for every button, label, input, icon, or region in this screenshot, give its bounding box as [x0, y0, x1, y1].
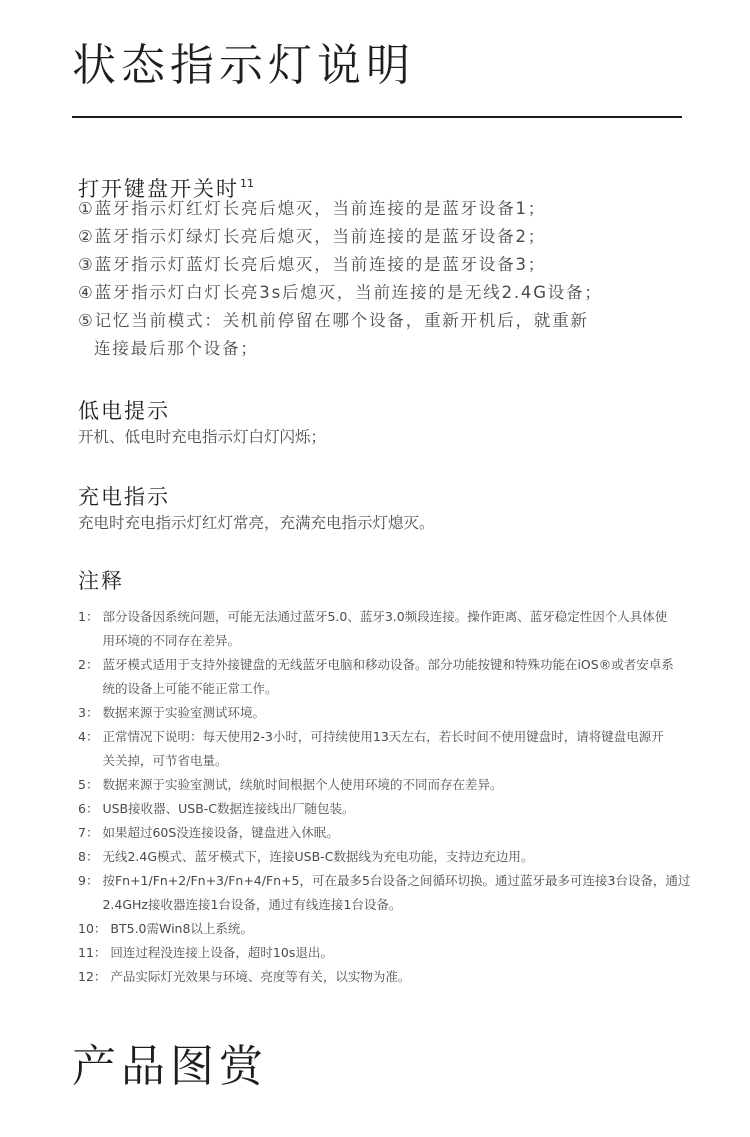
note-number: 1： [78, 605, 98, 653]
charging-heading: 充电指示 [78, 483, 170, 511]
note-line: 如果超过60S没连接设备，键盘进入休眠。 [102, 821, 698, 845]
notes-list: 1： 部分设备因系统问题，可能无法通过蓝牙5.0、蓝牙3.0频段连接。操作距离、… [78, 605, 698, 989]
note-text: 回连过程没连接上设备，超时10s退出。 [106, 941, 698, 965]
low-battery-text: 开机、低电时充电指示灯白灯闪烁； [78, 425, 326, 449]
footnote-ref: 11 [240, 177, 254, 190]
note-item: 3： 数据来源于实验室测试环境。 [78, 701, 698, 725]
note-item: 5： 数据来源于实验室测试，续航时间根据个人使用环境的不同而存在差异。 [78, 773, 698, 797]
note-line: 无线2.4G模式、蓝牙模式下，连接USB-C数据线为充电功能，支持边充边用。 [102, 845, 698, 869]
power-on-line-2: ②蓝牙指示灯绿灯长亮后熄灭，当前连接的是蓝牙设备2； [78, 223, 678, 251]
note-text: 产品实际灯光效果与环境、亮度等有关，以实物为准。 [106, 965, 698, 989]
note-number: 3： [78, 701, 98, 725]
power-on-line-3: ③蓝牙指示灯蓝灯长亮后熄灭，当前连接的是蓝牙设备3； [78, 251, 678, 279]
note-text: 如果超过60S没连接设备，键盘进入休眠。 [98, 821, 698, 845]
note-line: 产品实际灯光效果与环境、亮度等有关，以实物为准。 [110, 965, 698, 989]
note-number: 8： [78, 845, 98, 869]
note-line: 关关掉，可节省电量。 [102, 749, 698, 773]
note-item: 2： 蓝牙模式适用于支持外接键盘的无线蓝牙电脑和移动设备。部分功能按键和特殊功能… [78, 653, 698, 701]
note-number: 2： [78, 653, 98, 701]
note-text: 正常情况下说明：每天使用2-3小时，可持续使用13天左右，若长时间不使用键盘时，… [98, 725, 698, 773]
note-line: 蓝牙模式适用于支持外接键盘的无线蓝牙电脑和移动设备。部分功能按键和特殊功能在iO… [102, 653, 698, 677]
note-text: 蓝牙模式适用于支持外接键盘的无线蓝牙电脑和移动设备。部分功能按键和特殊功能在iO… [98, 653, 698, 701]
note-item: 7： 如果超过60S没连接设备，键盘进入休眠。 [78, 821, 698, 845]
power-on-line-5: ⑤记忆当前模式：关机前停留在哪个设备，重新开机后，就重新 [78, 307, 678, 335]
note-number: 11： [78, 941, 106, 965]
note-number: 10： [78, 917, 106, 941]
note-item: 6： USB接收器、USB-C数据连接线出厂随包装。 [78, 797, 698, 821]
note-number: 9： [78, 869, 98, 917]
note-number: 7： [78, 821, 98, 845]
note-text: USB接收器、USB-C数据连接线出厂随包装。 [98, 797, 698, 821]
notes-heading: 注释 [78, 567, 124, 595]
note-text: 数据来源于实验室测试环境。 [98, 701, 698, 725]
note-line: 回连过程没连接上设备，超时10s退出。 [110, 941, 698, 965]
note-item: 10： BT5.0需Win8以上系统。 [78, 917, 698, 941]
note-number: 4： [78, 725, 98, 773]
note-line: BT5.0需Win8以上系统。 [110, 917, 698, 941]
note-text: 数据来源于实验室测试，续航时间根据个人使用环境的不同而存在差异。 [98, 773, 698, 797]
power-on-line-4: ④蓝牙指示灯白灯长亮3s后熄灭，当前连接的是无线2.4G设备； [78, 279, 678, 307]
note-item: 1： 部分设备因系统问题，可能无法通过蓝牙5.0、蓝牙3.0频段连接。操作距离、… [78, 605, 698, 653]
note-line: 部分设备因系统问题，可能无法通过蓝牙5.0、蓝牙3.0频段连接。操作距离、蓝牙稳… [102, 605, 698, 629]
note-text: 按Fn+1/Fn+2/Fn+3/Fn+4/Fn+5，可在最多5台设备之间循环切换… [98, 869, 698, 917]
note-line: 按Fn+1/Fn+2/Fn+3/Fn+4/Fn+5，可在最多5台设备之间循环切换… [102, 869, 698, 893]
power-on-line-6: 连接最后那个设备； [78, 335, 678, 363]
gallery-title: 产品图赏 [72, 1037, 268, 1097]
note-item: 4： 正常情况下说明：每天使用2-3小时，可持续使用13天左右，若长时间不使用键… [78, 725, 698, 773]
note-line: 2.4GHz接收器连接1台设备，通过有线连接1台设备。 [102, 893, 698, 917]
note-number: 6： [78, 797, 98, 821]
power-on-line-1: ①蓝牙指示灯红灯长亮后熄灭，当前连接的是蓝牙设备1； [78, 195, 678, 223]
note-number: 5： [78, 773, 98, 797]
power-on-description: ①蓝牙指示灯红灯长亮后熄灭，当前连接的是蓝牙设备1； ②蓝牙指示灯绿灯长亮后熄灭… [78, 195, 678, 363]
note-line: 用环境的不同存在差异。 [102, 629, 698, 653]
note-item: 12： 产品实际灯光效果与环境、亮度等有关，以实物为准。 [78, 965, 698, 989]
note-line: 数据来源于实验室测试，续航时间根据个人使用环境的不同而存在差异。 [102, 773, 698, 797]
low-battery-heading: 低电提示 [78, 397, 170, 425]
note-number: 12： [78, 965, 106, 989]
note-text: 无线2.4G模式、蓝牙模式下，连接USB-C数据线为充电功能，支持边充边用。 [98, 845, 698, 869]
note-line: 正常情况下说明：每天使用2-3小时，可持续使用13天左右，若长时间不使用键盘时，… [102, 725, 698, 749]
note-item: 11： 回连过程没连接上设备，超时10s退出。 [78, 941, 698, 965]
note-item: 9： 按Fn+1/Fn+2/Fn+3/Fn+4/Fn+5，可在最多5台设备之间循… [78, 869, 698, 917]
title-divider [72, 116, 682, 118]
note-line: 数据来源于实验室测试环境。 [102, 701, 698, 725]
note-line: USB接收器、USB-C数据连接线出厂随包装。 [102, 797, 698, 821]
note-text: BT5.0需Win8以上系统。 [106, 917, 698, 941]
charging-text: 充电时充电指示灯红灯常亮，充满充电指示灯熄灭。 [78, 511, 435, 535]
note-text: 部分设备因系统问题，可能无法通过蓝牙5.0、蓝牙3.0频段连接。操作距离、蓝牙稳… [98, 605, 698, 653]
page-title: 状态指示灯说明 [72, 36, 415, 96]
note-item: 8： 无线2.4G模式、蓝牙模式下，连接USB-C数据线为充电功能，支持边充边用… [78, 845, 698, 869]
note-line: 统的设备上可能不能正常工作。 [102, 677, 698, 701]
